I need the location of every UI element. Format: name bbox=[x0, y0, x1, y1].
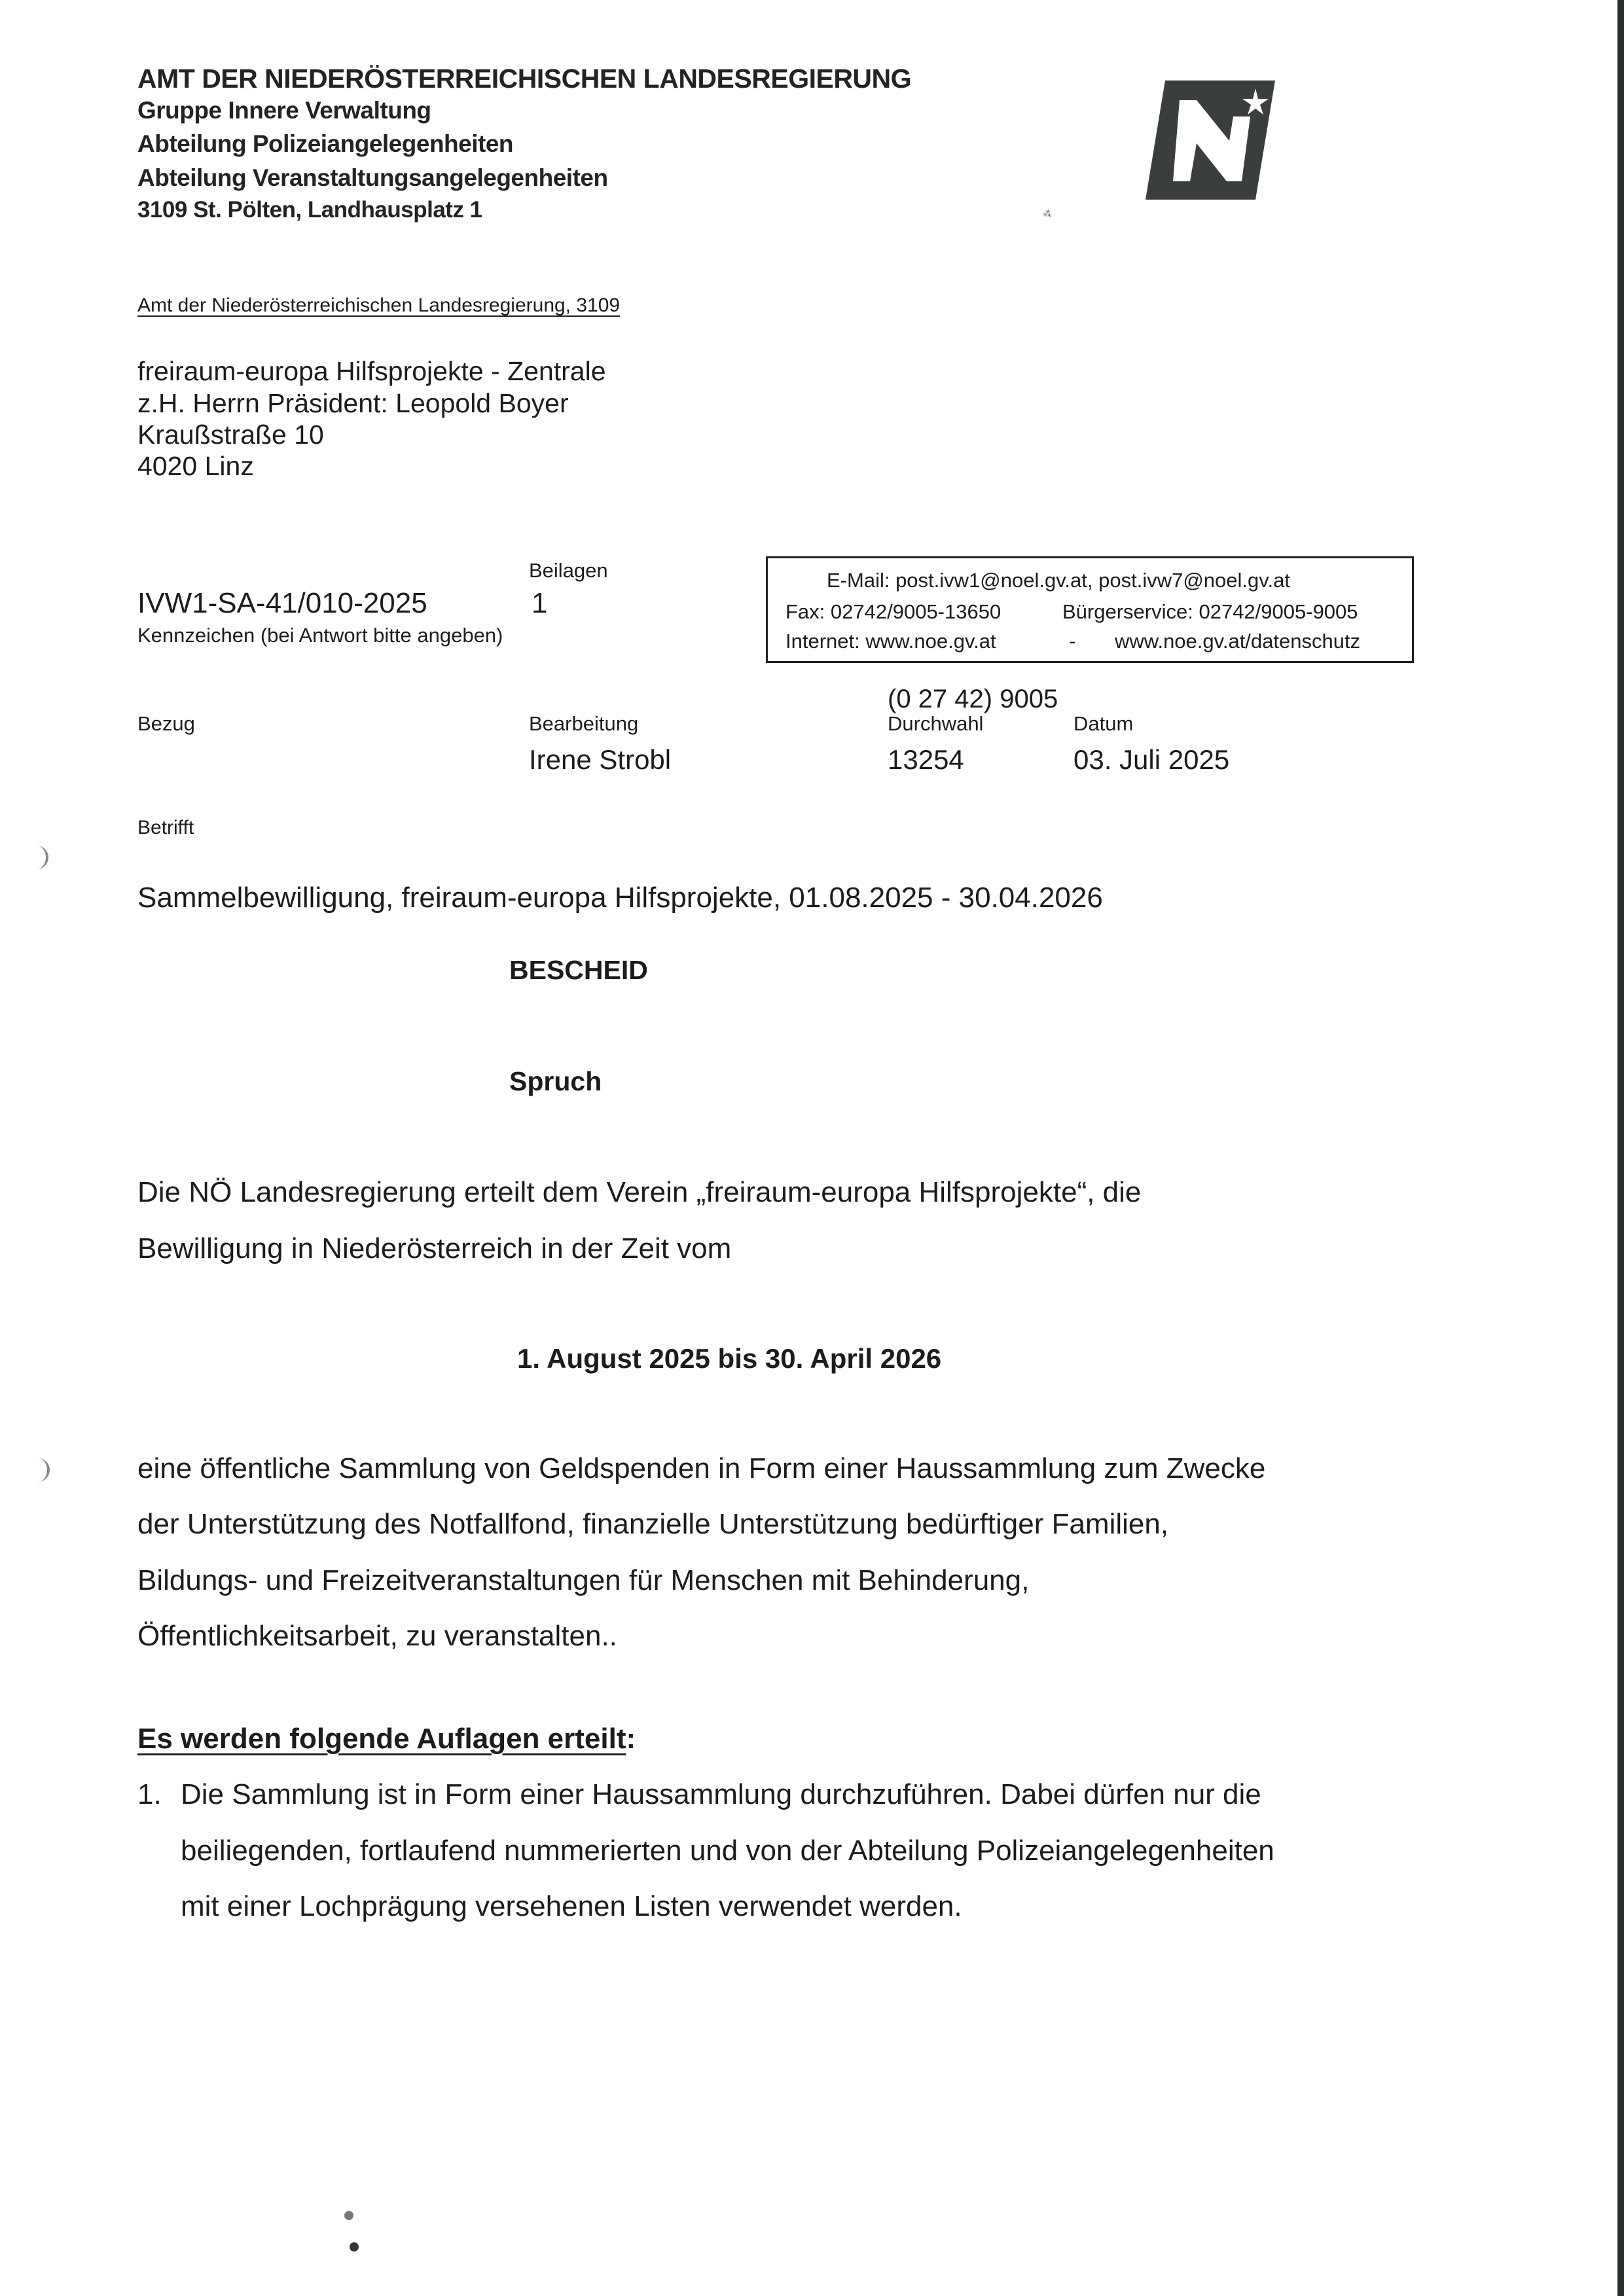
punch-hole-mark bbox=[27, 1458, 50, 1482]
intro-line-1: Die NÖ Landesregierung erteilt dem Verei… bbox=[137, 1178, 1141, 1207]
auflage-line-2: beiliegenden, fortlaufend nummerierten u… bbox=[181, 1837, 1274, 1865]
purpose-line-3: Bildungs- und Freizeitveranstaltungen fü… bbox=[137, 1566, 1029, 1595]
recipient-street: Kraußstraße 10 bbox=[137, 422, 324, 448]
bearbeitung-value: Irene Strobl bbox=[529, 746, 671, 774]
department-events: Abteilung Veranstaltungsangelegenheiten bbox=[137, 166, 608, 190]
auflagen-colon: : bbox=[626, 1723, 636, 1755]
scan-speck bbox=[350, 2242, 359, 2251]
group-name: Gruppe Innere Verwaltung bbox=[137, 98, 431, 122]
contact-email: E-Mail: post.ivw1@noel.gv.at, post.ivw7@… bbox=[827, 570, 1290, 590]
noe-logo-icon bbox=[1146, 75, 1290, 206]
authority-name: AMT DER NIEDERÖSTERREICHISCHEN LANDESREG… bbox=[137, 65, 911, 92]
bezug-label: Bezug bbox=[137, 713, 195, 734]
recipient-organization: freiraum-europa Hilfsprojekte - Zentrale bbox=[137, 358, 606, 385]
phone-prefix: (0 27 42) 9005 bbox=[888, 686, 1058, 712]
permit-period: 1. August 2025 bis 30. April 2026 bbox=[517, 1345, 941, 1372]
spruch-heading: Spruch bbox=[509, 1068, 602, 1095]
contact-fax: Fax: 02742/9005-13650 bbox=[785, 601, 1001, 622]
purpose-line-4: Öffentlichkeitsarbeit, zu veranstalten.. bbox=[137, 1622, 617, 1651]
datum-label: Datum bbox=[1074, 713, 1133, 734]
auflage-line-1: Die Sammlung ist in Form einer Haussamml… bbox=[181, 1780, 1261, 1809]
handwritten-mark: ⁂ bbox=[1035, 207, 1055, 253]
contact-buergerservice: Bürgerservice: 02742/9005-9005 bbox=[1062, 601, 1358, 622]
auflage-number: 1. bbox=[137, 1780, 162, 1809]
recipient-city: 4020 Linz bbox=[137, 453, 254, 480]
contact-datenschutz: www.noe.gv.at/datenschutz bbox=[1115, 631, 1360, 651]
auflage-line-3: mit einer Lochprägung versehenen Listen … bbox=[181, 1892, 962, 1921]
sender-return-address: Amt der Niederösterreichischen Landesreg… bbox=[137, 296, 620, 315]
scan-speck bbox=[344, 2211, 353, 2220]
purpose-line-1: eine öffentliche Sammlung von Geldspende… bbox=[137, 1454, 1265, 1483]
contact-info-box: E-Mail: post.ivw1@noel.gv.at, post.ivw7@… bbox=[766, 556, 1414, 663]
bescheid-heading: BESCHEID bbox=[509, 957, 648, 984]
auflagen-title: Es werden folgende Auflagen erteilt bbox=[137, 1723, 626, 1755]
beilagen-value: 1 bbox=[532, 589, 547, 618]
subject-line: Sammelbewilligung, freiraum-europa Hilfs… bbox=[137, 884, 1103, 912]
recipient-attention: z.H. Herrn Präsident: Leopold Boyer bbox=[137, 390, 569, 417]
contact-separator: - bbox=[1069, 631, 1075, 651]
scan-edge bbox=[1617, 0, 1624, 2296]
kennzeichen-value: IVW1-SA-41/010-2025 bbox=[137, 589, 427, 618]
department-police: Abteilung Polizeiangelegenheiten bbox=[137, 132, 513, 156]
bearbeitung-label: Bearbeitung bbox=[529, 713, 638, 734]
authority-address: 3109 St. Pölten, Landhausplatz 1 bbox=[137, 198, 482, 221]
betrifft-label: Betrifft bbox=[137, 818, 194, 838]
datum-value: 03. Juli 2025 bbox=[1074, 746, 1229, 774]
purpose-line-2: der Unterstützung des Notfallfond, finan… bbox=[137, 1510, 1168, 1539]
durchwahl-value: 13254 bbox=[888, 746, 964, 774]
punch-hole-mark bbox=[26, 846, 48, 869]
auflagen-heading: Es werden folgende Auflagen erteilt: bbox=[137, 1725, 636, 1753]
kennzeichen-label: Kennzeichen (bei Antwort bitte angeben) bbox=[137, 625, 503, 645]
beilagen-label: Beilagen bbox=[529, 560, 608, 581]
intro-line-2: Bewilligung in Niederösterreich in der Z… bbox=[137, 1234, 731, 1263]
durchwahl-label: Durchwahl bbox=[888, 713, 983, 734]
contact-internet: Internet: www.noe.gv.at bbox=[785, 631, 996, 651]
